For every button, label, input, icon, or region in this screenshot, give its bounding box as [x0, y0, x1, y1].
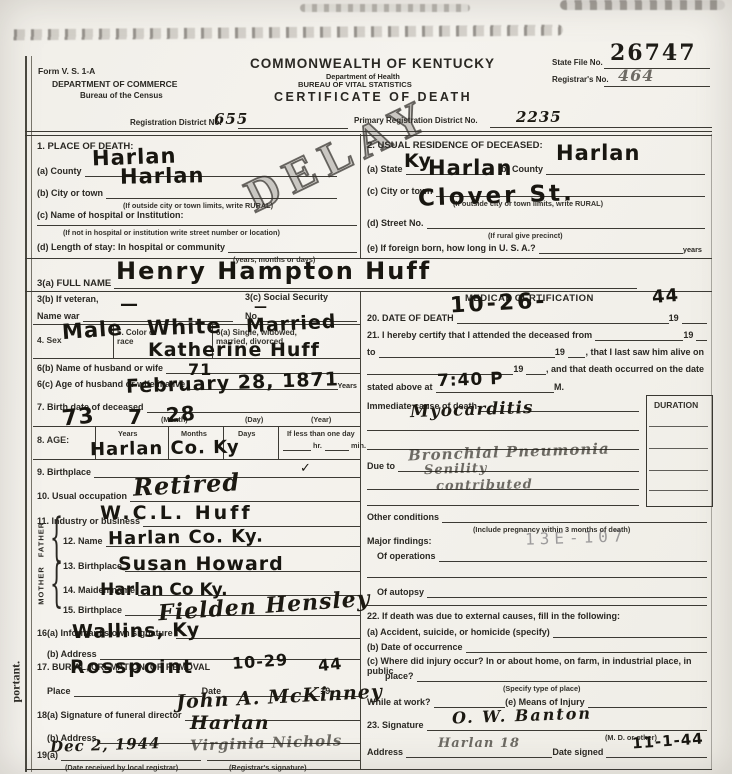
age-label: 8. AGE:: [37, 435, 69, 445]
hw-father-name: W.C.L. Huff: [100, 502, 253, 524]
occupation-label: 10. Usual occupation: [37, 492, 130, 502]
birthplace-label: 9. Birthplace: [37, 468, 94, 478]
father-name-label: 12. Name: [63, 537, 106, 547]
write-line: [526, 360, 546, 375]
write-line: [417, 668, 707, 682]
res-foreign-label: (e) If foreign born, how long in U. S. A…: [367, 244, 539, 254]
write-line: [466, 639, 707, 653]
write-line: [283, 450, 311, 451]
bureau-vital-statistics: BUREAU OF VITAL STATISTICS: [298, 80, 412, 89]
hw-dod-year: 44: [651, 285, 680, 308]
hw-father-bp: Harlan Co. Ky.: [108, 526, 264, 550]
funeral-director-label: 18(a) Signature of funeral director: [37, 711, 185, 721]
write-line: [228, 239, 357, 253]
autopsy-label: Of autopsy: [377, 588, 427, 598]
hw-age-months: 7: [128, 405, 143, 429]
external-a-row: (a) Accident, suicide, or homicide (spec…: [367, 625, 707, 638]
write-line: [427, 208, 705, 229]
hr-label: hr.: [313, 441, 322, 450]
write-line: [367, 430, 639, 431]
date-signed-label: Date signed: [552, 748, 606, 758]
certify2-19: 19: [555, 348, 568, 358]
hw-veteran-dash: —: [120, 294, 139, 315]
res-years-label: years: [683, 246, 705, 254]
findings-label: Major findings:: [367, 536, 432, 546]
registration-district-label: Registration District No.: [130, 118, 222, 127]
external-b-label: (b) Date of occurrence: [367, 643, 466, 653]
edge-vertical-text: portant.: [9, 633, 24, 703]
received-cap: (Date received by local registrar): [65, 763, 178, 772]
dod-label: 20. DATE OF DEATH: [367, 314, 457, 324]
dod-19: 19: [669, 314, 682, 324]
write-line: [439, 548, 707, 562]
state-file-label: State File No.: [552, 58, 603, 67]
duration-line: [649, 448, 708, 449]
certificate-of-death-title: CERTIFICATE OF DEATH: [274, 90, 472, 104]
hw-ssn-dash: —: [254, 300, 268, 315]
hw-res-city: Harlan: [428, 156, 512, 180]
state-file-number: 26747: [610, 40, 697, 66]
hw-industry: Retired: [132, 467, 240, 502]
father-bp-label: 13. Birthplace: [63, 562, 125, 572]
hw-fd-addr: Harlan: [190, 712, 270, 734]
mother-side-label: MOTHER: [37, 564, 46, 608]
write-line: [434, 694, 506, 708]
autopsy-row: Of autopsy: [377, 585, 707, 598]
registrar-sig-cap: (Registrar's signature): [229, 763, 307, 772]
hw-race: White: [147, 314, 222, 341]
pod-county-label: (a) County: [37, 167, 85, 177]
to-label: to: [367, 348, 379, 358]
hw-occupation-check: ✓: [300, 461, 312, 476]
res-street-label: (d) Street No.: [367, 219, 427, 229]
hw-time-of-death: 7:40 P: [437, 369, 504, 391]
hw-primary-district-no: 2235: [516, 108, 562, 126]
pod-stay-label: (d) Length of stay: In hospital or commu…: [37, 243, 228, 253]
less-day-label: If less than one day: [287, 429, 355, 438]
file-code-stamp: 13E-107: [525, 526, 628, 549]
addr23-label: Address: [367, 748, 406, 758]
duration-line: [649, 470, 708, 471]
write-line: [367, 577, 707, 578]
certify-row2: to19, that I last saw him alive on: [367, 344, 707, 358]
father-side-label: FATHER: [37, 518, 46, 562]
hw-age-days: 28: [165, 401, 197, 428]
hw-age-years: 73: [61, 403, 96, 431]
other-label: Other conditions: [367, 513, 442, 523]
year-cap: (Year): [311, 415, 331, 424]
write-line: [37, 225, 357, 226]
external-c2-row: place?: [385, 669, 707, 682]
duration-line: [649, 426, 708, 427]
write-line: [325, 450, 349, 451]
hw-res-county: Harlan: [556, 141, 640, 165]
hw-due3: contributed: [436, 477, 533, 494]
commonwealth-title: COMMONWEALTH OF KENTUCKY: [250, 56, 495, 71]
hw-spouse: Katherine Huff: [148, 339, 320, 361]
hw-registration-district-no: 655: [214, 110, 248, 128]
hw-due2: Senility: [424, 461, 488, 478]
hw-registrar-no: 464: [618, 66, 654, 85]
mother-bp-label: 15. Birthplace: [63, 606, 125, 616]
registrar-no-line: [604, 86, 710, 87]
left-double-rule: [25, 56, 32, 772]
age-less-day-cell: If less than one day hr. min.: [278, 427, 360, 459]
pod-stay-row: (d) Length of stay: In hospital or commu…: [37, 240, 357, 253]
m-label: M.: [554, 383, 567, 393]
mother-brace: {: [50, 555, 63, 615]
dept-of-commerce: DEPARTMENT OF COMMERCE: [52, 79, 177, 89]
external-c-note: (Specify type of place): [503, 684, 580, 693]
bureau-of-census: Bureau of the Census: [80, 91, 163, 100]
hw-sex: Male: [61, 316, 123, 344]
write-line: [588, 694, 707, 708]
write-line: [427, 584, 707, 598]
age-days-cap: Days: [238, 429, 255, 438]
pod-hospital-note: (If not in hospital or institution write…: [63, 228, 280, 237]
torn-paper-mark: [8, 25, 563, 41]
duration-line: [649, 490, 708, 491]
res-foreign-row: (e) If foreign born, how long in U. S. A…: [367, 241, 705, 254]
write-line: [367, 605, 707, 606]
hw-res-street: Clover St.: [418, 180, 576, 211]
certify-row1: 21. I hereby certify that I attended the…: [367, 327, 707, 341]
primary-district-line: [490, 127, 712, 128]
write-line: [568, 343, 586, 358]
write-line: [595, 326, 683, 341]
burial-place-label: Place: [47, 687, 74, 697]
external-b-row: (b) Date of occurrence: [367, 640, 707, 653]
full-name-label: 3(a) FULL NAME: [37, 279, 114, 289]
hw-pod-city: Harlan: [120, 163, 205, 188]
write-line: [696, 326, 707, 341]
hw-received-date: Dec 2, 1944: [50, 734, 161, 756]
registrar-no-label: Registrar's No.: [552, 75, 609, 84]
hw-date-of-death: 10-26-: [449, 288, 548, 318]
operations-label: Of operations: [377, 552, 439, 562]
certify1-19: 19: [683, 331, 696, 341]
hw-birthplace: Harlan Co. Ky: [90, 437, 240, 461]
pod-hospital-label: (c) Name of hospital or Institution:: [37, 211, 187, 221]
saw-alive-label: , that I last saw him alive on: [585, 348, 707, 358]
external-title: 22. If death was due to external causes,…: [367, 611, 620, 621]
sex-label: 4. Sex: [37, 335, 62, 345]
write-line: [367, 505, 639, 506]
stated-label: stated above at: [367, 383, 436, 393]
certify1-label: 21. I hereby certify that I attended the…: [367, 331, 595, 341]
min-label: min.: [351, 441, 366, 450]
duration-label: DURATION: [654, 400, 698, 410]
write-line: [379, 343, 555, 358]
external-c2-label: place?: [385, 672, 417, 682]
pod-city-label: (b) City or town: [37, 189, 106, 199]
hw-burial-place: Rosspoint: [70, 656, 194, 678]
external-a-label: (a) Accident, suicide, or homicide (spec…: [367, 628, 553, 638]
res-street-row: (d) Street No.: [367, 209, 705, 229]
hw-burial-year: 44: [317, 654, 343, 675]
hw-certifier-addr: Harlan 18: [438, 736, 520, 751]
write-line: [442, 508, 707, 523]
occurred-label: , and that death occurred on the date: [546, 365, 707, 375]
hw-burial-date: 10-29: [231, 650, 288, 673]
death-certificate-scan: portant. Form V. S. 1-A DEPARTMENT OF CO…: [0, 0, 732, 774]
hw-full-name: Henry Hampton Huff: [116, 257, 431, 285]
write-line: [553, 624, 707, 638]
hw-informant-addr: Wallins, Ky: [72, 619, 201, 643]
pod-hospital-row: (c) Name of hospital or Institution:: [37, 211, 187, 221]
veteran-label: 3(b) If veteran,: [37, 294, 99, 304]
signature23-label: 23. Signature: [367, 721, 427, 731]
age-years-cap: Years: [118, 429, 137, 438]
other-conditions-row: Other conditions: [367, 509, 707, 523]
operations-row: Of operations: [377, 549, 707, 562]
due-label: Due to: [367, 462, 398, 472]
duration-box: DURATION: [646, 395, 713, 507]
age-label-cell: 8. AGE:: [33, 427, 95, 459]
day-cap: (Day): [245, 415, 263, 424]
write-line: [682, 306, 707, 324]
certify3-19: 19: [513, 365, 526, 375]
hw-mother-name: Susan Howard: [118, 553, 284, 575]
write-line: [539, 240, 683, 254]
form-number: Form V. S. 1-A: [38, 66, 95, 76]
torn-paper-mark: [560, 0, 725, 10]
spouse-age-years-label: Years: [338, 382, 360, 390]
certify-row3: 19, and that death occurred on the date: [367, 361, 707, 375]
torn-paper-mark: [300, 4, 470, 12]
res-street-note: (If rural give precinct): [488, 231, 563, 240]
spouse-label: 6(b) Name of husband or wife: [37, 364, 166, 374]
